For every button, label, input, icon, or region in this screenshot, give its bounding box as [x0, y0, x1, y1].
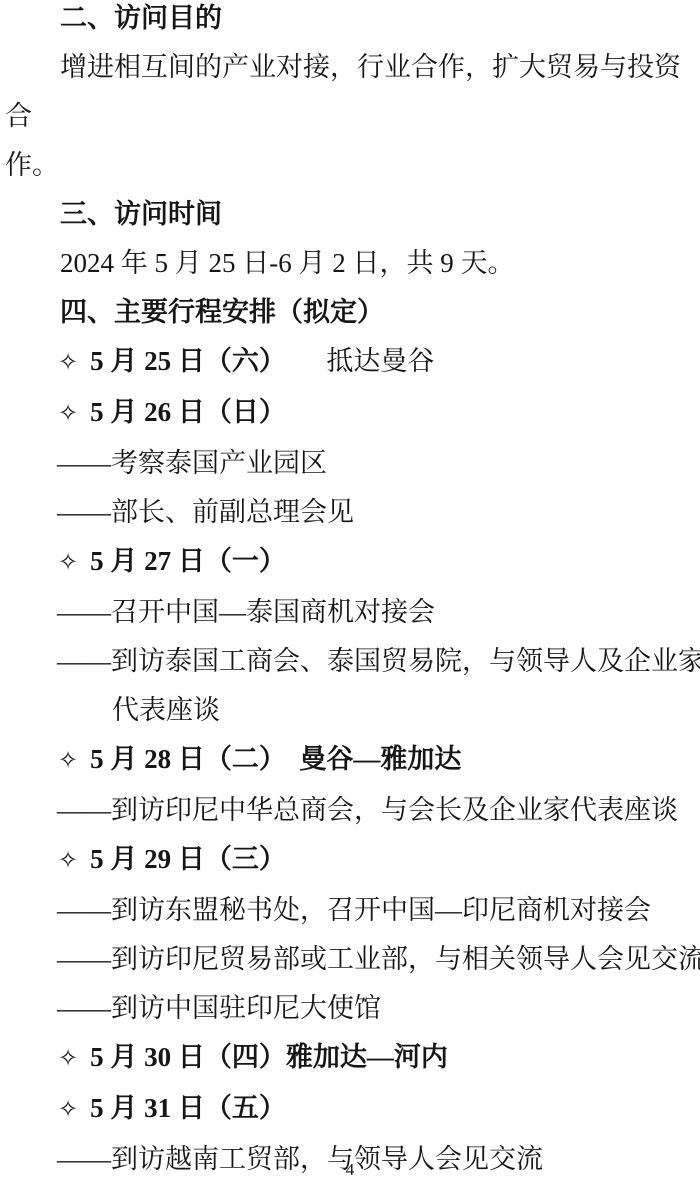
itinerary-date: 5 月 31 日（五）: [90, 1093, 286, 1123]
section4-heading: 四、主要行程安排（拟定）: [5, 288, 700, 337]
itinerary-day-line: ✧5 月 26 日（日）: [5, 388, 700, 439]
section3-body: 2024 年 5 月 25 日-6 月 2 日，共 9 天。: [5, 239, 700, 288]
section2-heading: 二、访问目的: [5, 0, 700, 43]
itinerary-activity-line: ——到访中国驻印尼大使馆: [5, 984, 700, 1033]
spacer: [272, 346, 326, 376]
itinerary-activity-line: ——到访东盟秘书处，召开中国—印尼商机对接会: [5, 886, 700, 935]
itinerary-date: 5 月 25 日（六）: [90, 346, 272, 376]
itinerary-activity-line: ——部长、前副总理会见: [5, 488, 700, 537]
itinerary-date: 5 月 27 日（一）: [90, 546, 286, 576]
diamond-bullet-icon: ✧: [58, 550, 78, 576]
itinerary-activity-line: ——到访印尼中华总商会，与会长及企业家代表座谈: [5, 786, 700, 835]
itinerary-date: 5 月 28 日（二）: [90, 744, 272, 774]
itinerary-day-line: ✧5 月 29 日（三）: [5, 835, 700, 886]
section2-body-line2: 作。: [5, 141, 700, 190]
diamond-bullet-icon: ✧: [58, 848, 78, 874]
itinerary-day-line: ✧5 月 30 日（四）雅加达—河内: [5, 1033, 700, 1084]
itinerary-activity-line: ——到访泰国工商会、泰国贸易院，与领导人及企业家: [5, 637, 700, 686]
itinerary-activity-line: ——考察泰国产业园区: [5, 439, 700, 488]
section3-heading: 三、访问时间: [5, 190, 700, 239]
itinerary-activity-line: ——到访印尼贸易部或工业部，与相关领导人会见交流: [5, 935, 700, 984]
document-content: 二、访问目的 增进相互间的产业对接，行业合作，扩大贸易与投资合 作。 三、访问时…: [5, 0, 700, 1184]
diamond-bullet-icon: ✧: [58, 748, 78, 774]
section2-body-line1: 增进相互间的产业对接，行业合作，扩大贸易与投资合: [5, 43, 700, 141]
itinerary-destination: 曼谷—雅加达: [299, 744, 461, 774]
itinerary-activity-line: ——召开中国—泰国商机对接会: [5, 588, 700, 637]
page-number: 4: [0, 1158, 700, 1182]
diamond-bullet-icon: ✧: [58, 1046, 78, 1072]
diamond-bullet-icon: ✧: [58, 401, 78, 427]
itinerary-date: 5 月 30 日（四）: [90, 1042, 286, 1072]
itinerary-day-line: ✧5 月 27 日（一）: [5, 537, 700, 588]
spacer: [272, 744, 299, 774]
itinerary-day-line: ✧5 月 31 日（五）: [5, 1084, 700, 1135]
itinerary-date: 5 月 26 日（日）: [90, 397, 286, 427]
itinerary-date: 5 月 29 日（三）: [90, 844, 286, 874]
itinerary-destination: 雅加达—河内: [286, 1042, 448, 1072]
itinerary-day-line: ✧5 月 25 日（六） 抵达曼谷: [5, 337, 700, 388]
itinerary-day-line: ✧5 月 28 日（二） 曼谷—雅加达: [5, 735, 700, 786]
itinerary-activity-continuation: 代表座谈: [5, 686, 700, 735]
diamond-bullet-icon: ✧: [58, 1097, 78, 1123]
itinerary-destination: 抵达曼谷: [326, 346, 434, 376]
document-page: 二、访问目的 增进相互间的产业对接，行业合作，扩大贸易与投资合 作。 三、访问时…: [0, 0, 700, 1186]
diamond-bullet-icon: ✧: [58, 350, 78, 376]
